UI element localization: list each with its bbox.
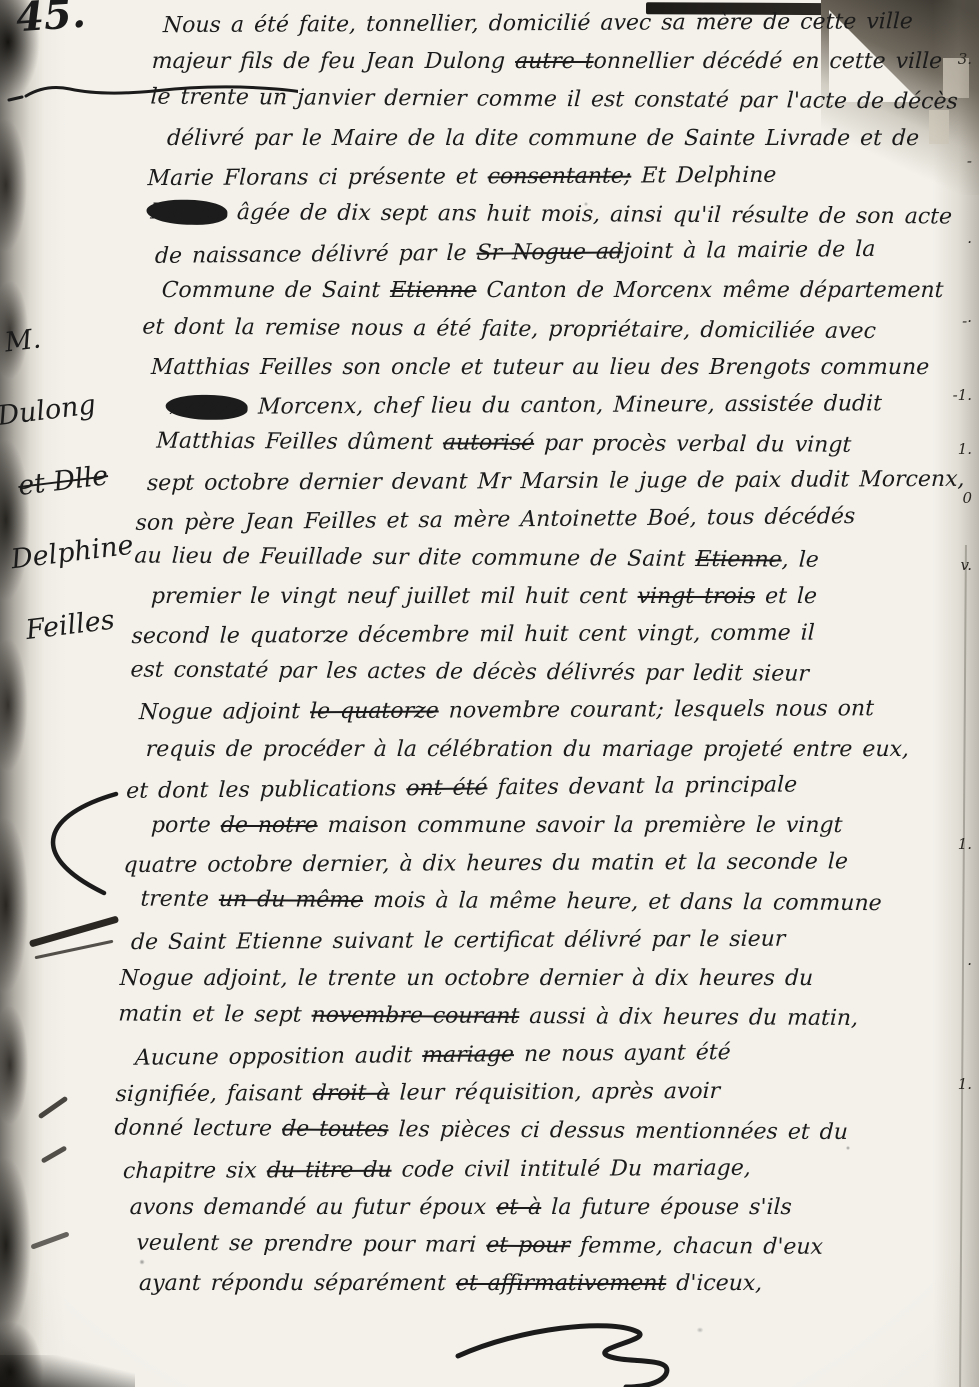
text-segment: Delphine bbox=[9, 530, 135, 576]
text-segment: aussi à dix heures du matin, bbox=[519, 1004, 859, 1031]
ink-smudge bbox=[41, 1145, 68, 1163]
manuscript-line: et dont la remise nous a été faite, prop… bbox=[142, 308, 953, 351]
edge-bleed-mark: 1. bbox=[958, 440, 972, 458]
text-segment: majeur fils de feu Jean Dulong bbox=[151, 49, 515, 74]
text-segment: la future épouse s'ils bbox=[541, 1195, 792, 1220]
struck-out-text: de toutes bbox=[282, 1117, 390, 1143]
text-segment: et dont les publications bbox=[126, 776, 407, 804]
manuscript-line: Marie Florans ci présente et consentante… bbox=[147, 156, 958, 198]
text-segment: mois à la même heure, et dans la commune bbox=[363, 888, 883, 916]
text-segment: code civil intitulé Du mariage, bbox=[391, 1155, 751, 1182]
manuscript-line: Nogue adjoint, le trente un octobre dern… bbox=[119, 960, 930, 998]
edge-bleed-mark: 0 bbox=[962, 489, 972, 507]
text-segment: ne nous ayant été bbox=[514, 1040, 731, 1067]
manuscript-line: Nous a été faite, tonnellier, domicilié … bbox=[162, 3, 963, 45]
edge-bleed-mark: 1. bbox=[958, 835, 972, 853]
manuscript-line: donné lecture de toutes les pièces ci de… bbox=[114, 1110, 925, 1153]
manuscript-line: le trente un janvier dernier comme il es… bbox=[150, 79, 961, 122]
manuscript-line: veulent se prendre pour mari et pour fem… bbox=[136, 1225, 921, 1268]
text-segment: Nogue adjoint bbox=[139, 700, 311, 726]
manuscript-line: Matthias Feilles dûment autorisé par pro… bbox=[156, 423, 949, 466]
struck-out-text: du titre du bbox=[266, 1157, 392, 1183]
struck-out-text: vingt trois bbox=[637, 584, 755, 609]
edge-bleed-mark: v. bbox=[961, 556, 972, 574]
text-segment: veulent se prendre pour mari bbox=[136, 1231, 487, 1258]
struck-out-text: autorisé bbox=[442, 430, 534, 456]
edge-bleed-mark: -1. bbox=[953, 386, 972, 404]
text-segment: novembre courant; lesquels nous ont bbox=[438, 697, 874, 724]
page-corner-bottom-left bbox=[0, 1355, 135, 1387]
manuscript-line: second le quatorze décembre mil huit cen… bbox=[131, 614, 942, 656]
text-segment: Morcenx, chef lieu du canton, Mineure, a… bbox=[248, 391, 883, 419]
manuscript-page: 45. M.Dulonget DlleDelphineFeilles Nous … bbox=[0, 0, 979, 1387]
text-segment: avons demandé au futur époux bbox=[129, 1195, 496, 1220]
text-segment: faites devant la principale bbox=[487, 772, 797, 800]
manuscript-line: de naissance délivré par le Sr Nogue adj… bbox=[154, 230, 955, 276]
text-segment: de naissance délivré par le bbox=[155, 241, 477, 269]
text-segment: Feilles bbox=[24, 604, 116, 646]
manuscript-line: trente un du même mois à la même heure, … bbox=[140, 881, 933, 924]
struck-out-text: Etienne bbox=[390, 278, 477, 303]
manuscript-line: porte de notre maison commune savoir la … bbox=[150, 807, 935, 845]
text-segment: leur réquisition, après avoir bbox=[389, 1079, 720, 1106]
manuscript-line: Feilles âgée de dix sept ans huit mois, … bbox=[146, 193, 957, 236]
struck-out-text: et Dlle bbox=[16, 460, 109, 502]
edge-bleed-mark: 3. bbox=[958, 50, 972, 68]
text-segment: son père Jean Feilles et sa mère Antoine… bbox=[135, 504, 855, 536]
edge-bleed-mark: -· bbox=[962, 312, 972, 330]
manuscript-line: Matthias Feilles son oncle et tuteur au … bbox=[150, 349, 951, 387]
text-segment: matin et le sept bbox=[118, 1001, 312, 1027]
text-segment: sept octobre dernier devant Mr Marsin le… bbox=[147, 467, 965, 496]
text-segment: ayant répondu séparément bbox=[139, 1271, 457, 1296]
struck-out-text: et à bbox=[496, 1195, 542, 1220]
struck-out-text: et affirmativement bbox=[455, 1271, 666, 1296]
text-segment: quatre octobre dernier, à dix heures du … bbox=[123, 849, 848, 878]
manuscript-line: majeur fils de feu Jean Dulong autre ton… bbox=[151, 43, 962, 81]
text-segment: et dont la remise nous a été faite, prop… bbox=[142, 314, 877, 343]
text-segment: Et Delphine bbox=[631, 163, 777, 189]
text-segment: porte bbox=[151, 813, 222, 838]
manuscript-line: délivré par le Maire de la dite commune … bbox=[166, 120, 959, 158]
text-segment: femme, chacun d'eux bbox=[570, 1233, 824, 1260]
text-segment: M. bbox=[3, 323, 43, 358]
struck-out-text: ont été bbox=[406, 775, 488, 801]
ink-smudge bbox=[30, 1231, 69, 1249]
struck-out-text: et pour bbox=[486, 1233, 571, 1259]
text-segment: les pièces ci dessus mentionnées et du bbox=[388, 1118, 848, 1146]
struck-out-text: consentante; bbox=[487, 163, 631, 189]
text-segment: requis de procéder à la célébration du m… bbox=[145, 737, 909, 762]
edge-bleed-mark: 1. bbox=[958, 1075, 972, 1093]
text-segment: joint à la mairie de la bbox=[623, 237, 876, 264]
text-segment: Aucune opposition audit bbox=[135, 1043, 423, 1071]
margin-brace-curve bbox=[16, 788, 138, 900]
edge-bleed-mark: - bbox=[967, 152, 972, 170]
blotted-word: Feilles bbox=[146, 199, 228, 224]
struck-out-text: novembre courant bbox=[311, 1003, 520, 1029]
blotted-word: xxxxxx bbox=[165, 394, 248, 419]
struck-out-text: droit à bbox=[312, 1081, 390, 1106]
text-segment: , le bbox=[781, 547, 819, 572]
manuscript-line: requis de procéder à la célébration du m… bbox=[145, 731, 938, 769]
text-segment: Nogue adjoint, le trente un octobre dern… bbox=[119, 966, 813, 991]
signature-paraph bbox=[440, 1316, 700, 1387]
text-segment: et le bbox=[755, 584, 818, 609]
text-segment: onnellier décédé en cette ville bbox=[593, 49, 942, 74]
manuscript-line: matin et le sept novembre courant aussi … bbox=[118, 995, 929, 1038]
manuscript-line: son père Jean Feilles et sa mère Antoine… bbox=[135, 498, 946, 544]
text-segment: délivré par le Maire de la dite commune … bbox=[167, 126, 920, 151]
struck-out-text: Etienne bbox=[695, 547, 782, 573]
text-segment: trente bbox=[140, 887, 219, 912]
text-segment: au lieu de Feuillade sur dite commune de… bbox=[134, 543, 696, 571]
manuscript-line: Commune de Saint Etienne Canton de Morce… bbox=[161, 272, 954, 310]
manuscript-line: Nogue adjoint le quatorze novembre coura… bbox=[138, 690, 939, 732]
text-segment: second le quatorze décembre mil huit cen… bbox=[131, 621, 815, 650]
text-segment: est constaté par les actes de décès déli… bbox=[130, 658, 809, 687]
manuscript-line: et dont les publications ont été faites … bbox=[126, 765, 937, 811]
manuscript-line: avons demandé au futur époux et à la fut… bbox=[129, 1189, 922, 1227]
text-segment: donné lecture bbox=[114, 1116, 283, 1142]
text-segment: d'iceux, bbox=[666, 1271, 763, 1296]
binding-shadow-left bbox=[0, 0, 72, 1387]
struck-out-text: de notre bbox=[220, 813, 318, 838]
edge-bleed-mark: · bbox=[967, 233, 972, 251]
manuscript-line: signifiée, faisant droit à leur réquisit… bbox=[115, 1072, 926, 1114]
text-segment: Matthias Feilles son oncle et tuteur au … bbox=[151, 355, 930, 380]
text-segment: signifiée, faisant bbox=[115, 1081, 313, 1107]
text-segment: Nous a été faite, tonnellier, domicilié … bbox=[163, 9, 914, 38]
text-segment: chapitre six bbox=[123, 1158, 268, 1184]
manuscript-line: au lieu de Feuillade sur dite commune de… bbox=[134, 537, 945, 580]
text-segment: âgée de dix sept ans huit mois, ainsi qu… bbox=[226, 200, 952, 229]
manuscript-line: xxxxxx Morcenx, chef lieu du canton, Min… bbox=[165, 385, 950, 427]
struck-out-text: autre t bbox=[515, 49, 594, 74]
text-segment: Canton de Morcenx même département bbox=[476, 278, 944, 303]
text-segment: Matthias Feilles dûment bbox=[156, 429, 444, 456]
edge-bleed-mark: · bbox=[967, 955, 972, 973]
struck-out-text: Sr Nogue ad bbox=[476, 239, 623, 265]
manuscript-line: de Saint Etienne suivant le certificat d… bbox=[130, 919, 931, 961]
text-segment: par procès verbal du vingt bbox=[534, 431, 852, 458]
text-segment: Dulong bbox=[0, 389, 97, 432]
fold-line bbox=[959, 545, 967, 1387]
text-segment: Commune de Saint bbox=[161, 278, 390, 303]
manuscript-line: est constaté par les actes de décès déli… bbox=[130, 652, 941, 695]
struck-out-text: un du même bbox=[218, 887, 363, 913]
text-segment: de Saint Etienne suivant le certificat d… bbox=[131, 926, 786, 954]
text-segment: premier le vingt neuf juillet mil huit c… bbox=[151, 584, 638, 609]
manuscript-line: ayant répondu séparément et affirmativem… bbox=[138, 1265, 919, 1303]
text-segment: Marie Florans ci présente et bbox=[147, 164, 488, 191]
text-segment: le trente un janvier dernier comme il es… bbox=[150, 85, 958, 115]
manuscript-line: chapitre six du titre du code civil inti… bbox=[122, 1149, 923, 1191]
page-number: 45. bbox=[14, 0, 87, 41]
manuscript-line: premier le vingt neuf juillet mil huit c… bbox=[150, 578, 943, 616]
manuscript-body: Nous a été faite, tonnellier, domicilié … bbox=[108, 5, 963, 1303]
manuscript-line: quatre octobre dernier, à dix heures du … bbox=[123, 843, 934, 885]
text-segment: maison commune savoir la première le vin… bbox=[317, 813, 843, 838]
manuscript-line: Aucune opposition audit mariage ne nous … bbox=[134, 1032, 927, 1078]
manuscript-line: sept octobre dernier devant Mr Marsin le… bbox=[146, 461, 947, 503]
struck-out-text: mariage bbox=[422, 1042, 514, 1068]
ink-smudge bbox=[38, 1096, 69, 1120]
struck-out-text: le quatorze bbox=[310, 699, 439, 725]
